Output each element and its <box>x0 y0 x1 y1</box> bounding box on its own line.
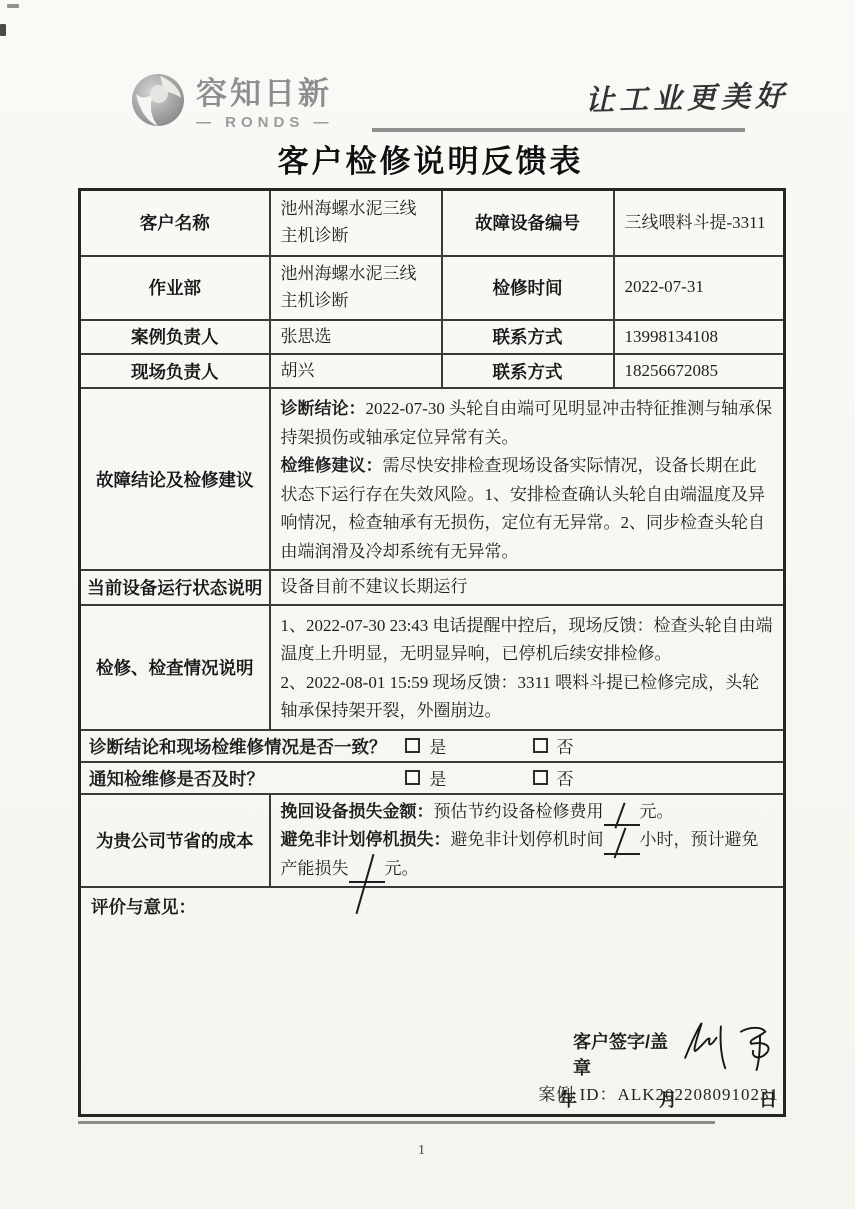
savings-line1-title: 挽回设备损失金额： <box>281 802 434 821</box>
device-number-value: 三线喂料斗提-3311 <box>614 190 785 256</box>
device-number-label: 故障设备编号 <box>442 190 614 256</box>
scanned-form-page: 容知日新 — RONDS — 让工业更美好 客户检修说明反馈表 客户名称 池州海… <box>0 0 855 1209</box>
case-id-label: 案例 ID： <box>538 1085 617 1104</box>
handwritten-slash <box>614 803 625 829</box>
conclusion-label: 故障结论及检修建议 <box>80 388 270 570</box>
capacity-loss-blank-field[interactable] <box>349 865 385 883</box>
form-title: 客户检修说明反馈表 <box>78 136 783 181</box>
table-row: 故障结论及检修建议 诊断结论：2022-07-30 头轮自由端可见明显冲击特征推… <box>80 388 785 570</box>
case-id: 案例 ID：ALK2022080910231 <box>538 1080 779 1105</box>
table-row: 为贵公司节省的成本 挽回设备损失金额：预估节约设备检修费用元。 避免非计划停机损… <box>80 794 785 888</box>
logo-subtitle: — RONDS — <box>196 114 334 131</box>
savings-content: 挽回设备损失金额：预估节约设备检修费用元。 避免非计划停机损失：避免非计划停机时… <box>270 794 785 888</box>
logo-name: 容知日新 <box>196 68 334 113</box>
scan-artifact <box>0 24 6 36</box>
feedback-form-table: 客户名称 池州海螺水泥三线主机诊断 故障设备编号 三线喂料斗提-3311 作业部… <box>78 188 786 1117</box>
consistency-no-checkbox[interactable] <box>533 738 548 753</box>
downtime-hours-blank-field[interactable] <box>604 837 640 855</box>
savings-line2-text: 避免非计划停机时间 <box>451 830 604 849</box>
conclusion-content: 诊断结论：2022-07-30 头轮自由端可见明显冲击特征推测与轴承保持架损伤或… <box>270 388 785 570</box>
department-value: 池州海螺水泥三线主机诊断 <box>270 256 442 320</box>
table-row: 客户名称 池州海螺水泥三线主机诊断 故障设备编号 三线喂料斗提-3311 <box>80 190 785 256</box>
contact-value: 18256672085 <box>614 354 785 388</box>
customer-name-label: 客户名称 <box>80 190 270 256</box>
timeliness-no-checkbox[interactable] <box>533 770 548 785</box>
signature-label: 客户签字/盖章 <box>573 1028 671 1080</box>
no-label: 否 <box>557 733 574 758</box>
customer-name-value: 池州海螺水泥三线主机诊断 <box>270 190 442 256</box>
page-number: 1 <box>418 1143 425 1159</box>
case-manager-label: 案例负责人 <box>80 320 270 354</box>
suggestion-title: 检维修建议： <box>281 456 383 475</box>
savings-line2-title: 避免非计划停机损失： <box>281 830 451 849</box>
table-row: 检修、检查情况说明 1、2022-07-30 23:43 电话提醒中控后，现场反… <box>80 605 785 730</box>
handwritten-slash <box>613 827 626 858</box>
table-row: 案例负责人 张思选 联系方式 13998134108 <box>80 320 785 354</box>
savings-line1-text: 预估节约设备检修费用 <box>434 802 604 821</box>
consistency-yes-checkbox[interactable] <box>405 738 420 753</box>
evaluation-label: 评价与意见： <box>91 897 196 917</box>
timeliness-yes-checkbox[interactable] <box>405 770 420 785</box>
header-divider <box>372 128 745 132</box>
table-row: 作业部 池州海螺水泥三线主机诊断 检修时间 2022-07-31 <box>80 256 785 320</box>
case-manager-value: 张思选 <box>270 320 442 354</box>
contact-label: 联系方式 <box>442 320 614 354</box>
ronds-logo: 容知日新 — RONDS — <box>130 68 334 131</box>
company-slogan: 让工业更美好 <box>584 73 789 119</box>
site-manager-label: 现场负责人 <box>80 354 270 388</box>
no-label: 否 <box>557 765 574 790</box>
yes-label: 是 <box>429 733 446 758</box>
table-row: 诊断结论和现场检维修情况是否一致？ 是 否 <box>80 730 785 762</box>
case-id-value: ALK2022080910231 <box>618 1085 779 1104</box>
savings-label: 为贵公司节省的成本 <box>80 794 270 888</box>
inspection-item: 2、2022-08-01 15:59 现场反馈：3311 喂料斗提已检修完成，头… <box>281 669 774 726</box>
contact-label: 联系方式 <box>442 354 614 388</box>
site-manager-value: 胡兴 <box>270 354 442 388</box>
department-label: 作业部 <box>80 256 270 320</box>
repair-time-label: 检修时间 <box>442 256 614 320</box>
ronds-sphere-icon <box>130 72 186 128</box>
inspection-content: 1、2022-07-30 23:43 电话提醒中控后，现场反馈：检查头轮自由端温… <box>270 605 785 730</box>
yes-label: 是 <box>429 765 446 790</box>
inspection-label: 检修、检查情况说明 <box>80 605 270 730</box>
table-row: 通知检维修是否及时？ 是 否 <box>80 762 785 794</box>
status-label: 当前设备运行状态说明 <box>80 570 270 604</box>
question-consistency: 诊断结论和现场检维修情况是否一致？ <box>89 734 401 759</box>
question-timeliness: 通知检维修是否及时？ <box>89 766 401 791</box>
diagnosis-title: 诊断结论： <box>281 399 366 418</box>
table-row: 现场负责人 胡兴 联系方式 18256672085 <box>80 354 785 388</box>
repair-cost-blank-field[interactable] <box>604 808 640 826</box>
signature-line: 客户签字/盖章 <box>573 1028 783 1080</box>
handwritten-signature <box>673 1010 783 1076</box>
footer-divider <box>78 1121 715 1124</box>
unit-yuan: 元。 <box>385 859 419 878</box>
status-value: 设备目前不建议长期运行 <box>270 570 785 604</box>
unit-yuan: 元。 <box>640 802 674 821</box>
inspection-item: 1、2022-07-30 23:43 电话提醒中控后，现场反馈：检查头轮自由端温… <box>281 612 774 669</box>
repair-time-value: 2022-07-31 <box>614 256 785 320</box>
table-row: 当前设备运行状态说明 设备目前不建议长期运行 <box>80 570 785 604</box>
contact-value: 13998134108 <box>614 320 785 354</box>
scan-artifact <box>7 4 19 8</box>
